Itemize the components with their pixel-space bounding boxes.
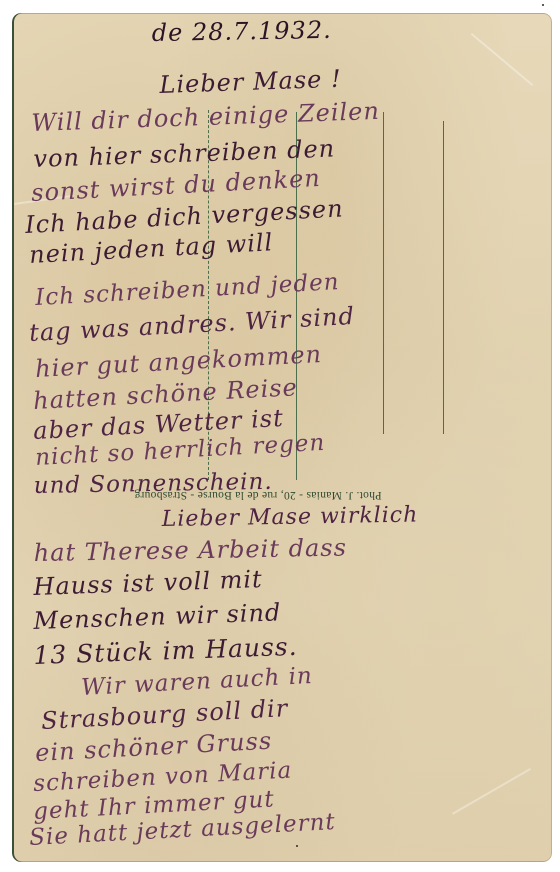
date-line: de 28.7.1932. bbox=[152, 16, 332, 47]
ink-speck bbox=[296, 845, 298, 847]
letter-line: hat Therese Arbeit dass bbox=[34, 534, 348, 567]
paper-crease bbox=[471, 33, 534, 86]
divider-line bbox=[383, 112, 384, 434]
letter-line: Hauss ist voll mit bbox=[33, 565, 263, 601]
salutation: Lieber Mase ! bbox=[159, 65, 342, 99]
paper-crease bbox=[452, 768, 531, 815]
letter-line: Menschen wir sind bbox=[33, 598, 282, 635]
letter-line: 13 Stück im Hauss. bbox=[33, 632, 298, 670]
letter-line: Lieber Mase wirklich bbox=[162, 503, 419, 532]
letter-line: und Sonnenschein. bbox=[34, 469, 273, 499]
screenshot-canvas: Phot. J. Manias - 20, rue de la Bourse -… bbox=[0, 0, 560, 872]
postcard: Phot. J. Manias - 20, rue de la Bourse -… bbox=[12, 13, 552, 862]
divider-line bbox=[443, 121, 444, 434]
dust-speck bbox=[542, 4, 544, 6]
letter-line: Will dir doch einige Zeilen bbox=[31, 97, 380, 137]
